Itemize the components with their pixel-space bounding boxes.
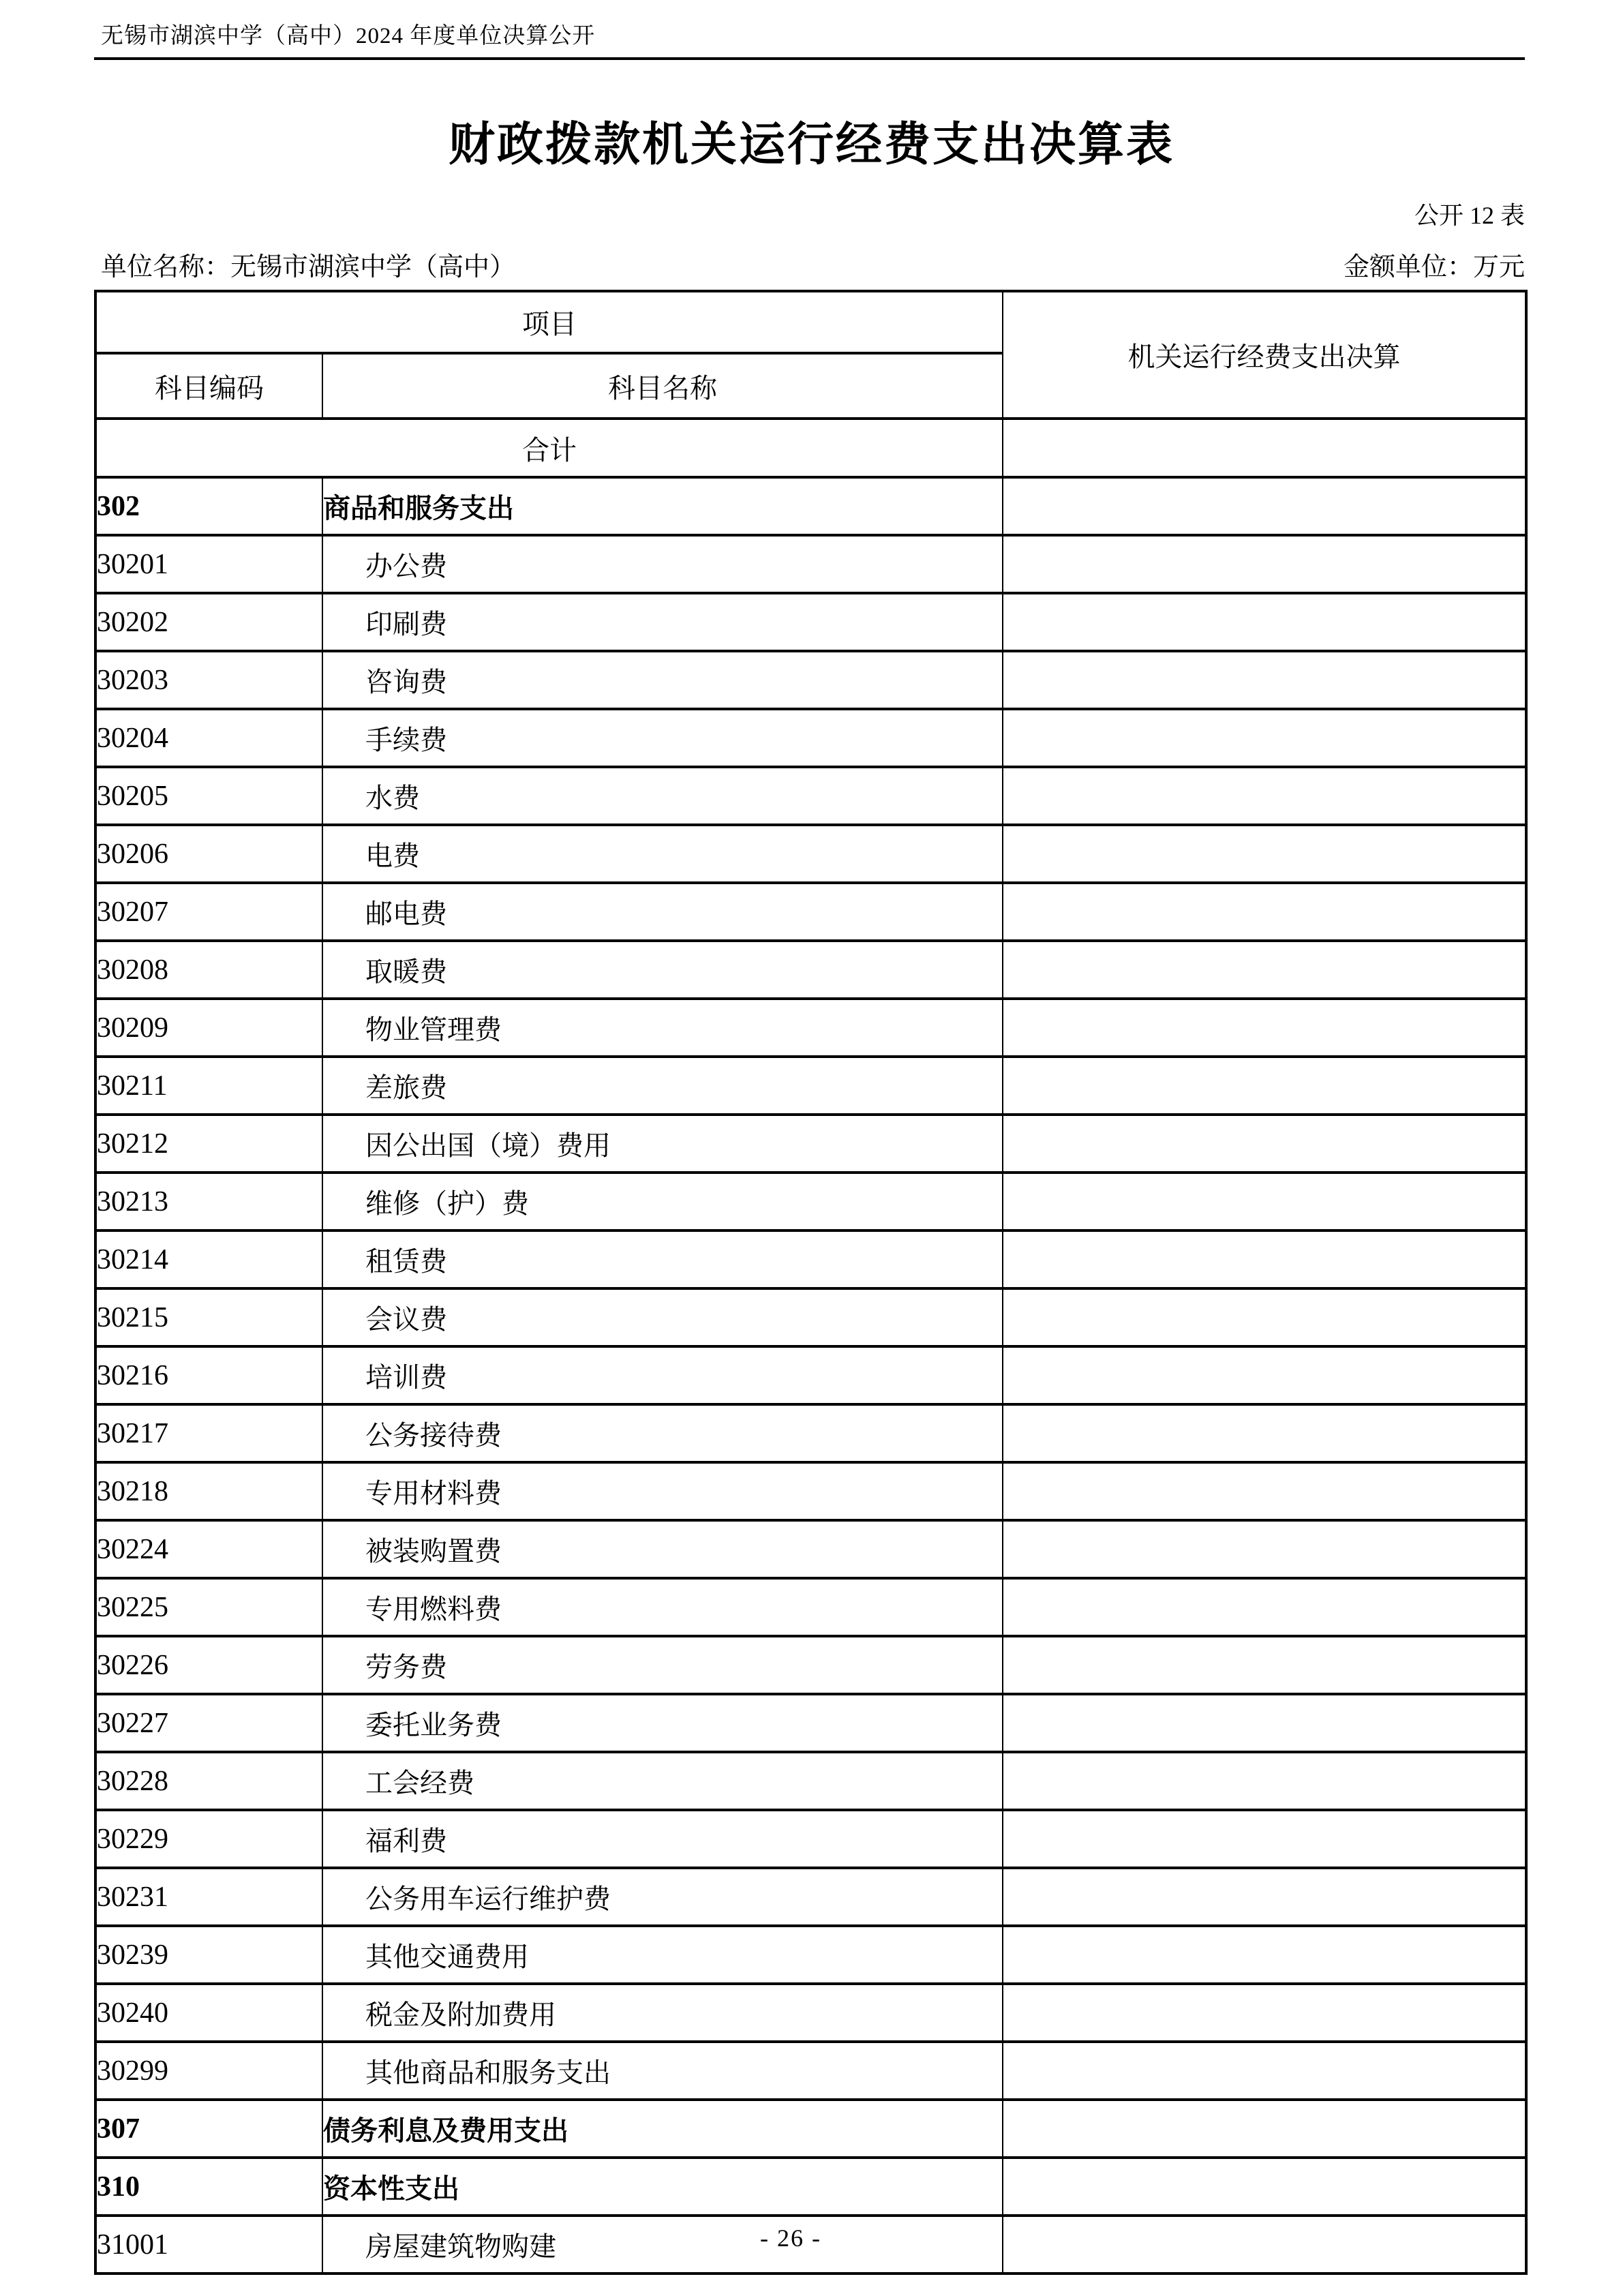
meta-row: 单位名称：无锡市湖滨中学（高中） 金额单位：万元 [101,245,1525,283]
subject-name-cell: 电费 [322,825,1003,883]
table-row: 30224 被装购置费 [95,1520,1526,1578]
subject-name-cell: 差旅费 [322,1057,1003,1115]
subject-code-cell: 30225 [95,1578,322,1636]
table-row: 30203 咨询费 [95,651,1526,709]
document-page: 无锡市湖滨中学（高中）2024 年度单位决算公开 财政拨款机关运行经费支出决算表… [0,0,1623,2296]
value-cell [1003,1404,1526,1462]
value-cell [1003,1288,1526,1346]
table-header-row-1: 项目 机关运行经费支出决算 [95,291,1526,353]
table-row: 30208 取暖费 [95,941,1526,999]
table-row: 302 商品和服务支出 [95,477,1526,535]
value-cell [1003,1462,1526,1520]
value-cell [1003,1810,1526,1868]
header-value-column: 机关运行经费支出决算 [1003,291,1526,419]
value-cell [1003,1868,1526,1926]
table-row: 30218 专用材料费 [95,1462,1526,1520]
subject-name-cell: 印刷费 [322,593,1003,651]
subject-name-cell: 水费 [322,767,1003,825]
table-row: 30229 福利费 [95,1810,1526,1868]
subject-name-cell: 物业管理费 [322,999,1003,1057]
value-cell [1003,2158,1526,2216]
subject-name-cell: 商品和服务支出 [322,477,1003,535]
subject-code-cell: 30212 [95,1115,322,1173]
header-subject-name: 科目名称 [322,353,1003,419]
table-row: 30205 水费 [95,767,1526,825]
value-cell [1003,1578,1526,1636]
table-row: 30227 委托业务费 [95,1694,1526,1752]
subject-code-cell: 30206 [95,825,322,883]
expense-table: 项目 机关运行经费支出决算 科目编码 科目名称 合计 302 商品和服务支出 3… [94,290,1528,2275]
table-row: 30216 培训费 [95,1346,1526,1404]
subject-code-cell: 30231 [95,1868,322,1926]
table-row: 30217 公务接待费 [95,1404,1526,1462]
table-row: 30211 差旅费 [95,1057,1526,1115]
value-cell [1003,1984,1526,2042]
value-cell [1003,1752,1526,1810]
table-row: 30225 专用燃料费 [95,1578,1526,1636]
subject-code-cell: 30218 [95,1462,322,1520]
table-row: 30201 办公费 [95,535,1526,593]
table-row: 30231 公务用车运行维护费 [95,1868,1526,1926]
subject-name-cell: 其他商品和服务支出 [322,2042,1003,2100]
subject-code-cell: 307 [95,2100,322,2158]
subject-name-cell: 劳务费 [322,1636,1003,1694]
unit-name-label: 单位名称：无锡市湖滨中学（高中） [101,245,515,283]
table-row: 310 资本性支出 [95,2158,1526,2216]
value-cell [1003,1926,1526,1984]
total-value [1003,419,1526,477]
value-cell [1003,1520,1526,1578]
subject-name-cell: 取暖费 [322,941,1003,999]
subject-code-cell: 30213 [95,1173,322,1230]
subject-name-cell: 其他交通费用 [322,1926,1003,1984]
total-label: 合计 [95,419,1003,477]
subject-name-cell: 税金及附加费用 [322,1984,1003,2042]
table-row: 30239 其他交通费用 [95,1926,1526,1984]
subject-code-cell: 30226 [95,1636,322,1694]
subject-code-cell: 30224 [95,1520,322,1578]
value-cell [1003,1173,1526,1230]
subject-code-cell: 30240 [95,1984,322,2042]
subject-code-cell: 30239 [95,1926,322,1984]
subject-code-cell: 30228 [95,1752,322,1810]
table-row: 30206 电费 [95,825,1526,883]
subject-name-cell: 租赁费 [322,1230,1003,1288]
value-cell [1003,593,1526,651]
value-cell [1003,999,1526,1057]
subject-name-cell: 专用燃料费 [322,1578,1003,1636]
table-row: 30209 物业管理费 [95,999,1526,1057]
subject-name-cell: 维修（护）费 [322,1173,1003,1230]
subject-code-cell: 30211 [95,1057,322,1115]
table-row: 30212 因公出国（境）费用 [95,1115,1526,1173]
subject-code-cell: 30215 [95,1288,322,1346]
subject-name-cell: 手续费 [322,709,1003,767]
subject-name-cell: 办公费 [322,535,1003,593]
header-subject-code: 科目编码 [95,353,322,419]
table-row: 30213 维修（护）费 [95,1173,1526,1230]
table-row: 30202 印刷费 [95,593,1526,651]
subject-name-cell: 培训费 [322,1346,1003,1404]
value-cell [1003,1694,1526,1752]
table-row: 30204 手续费 [95,709,1526,767]
value-cell [1003,1115,1526,1173]
value-cell [1003,709,1526,767]
subject-name-cell: 福利费 [322,1810,1003,1868]
subject-code-cell: 30209 [95,999,322,1057]
header-rule [94,57,1525,60]
value-cell [1003,825,1526,883]
subject-name-cell: 公务接待费 [322,1404,1003,1462]
subject-code-cell: 30214 [95,1230,322,1288]
total-row: 合计 [95,419,1526,477]
header-project: 项目 [95,291,1003,353]
subject-name-cell: 会议费 [322,1288,1003,1346]
value-cell [1003,1346,1526,1404]
value-cell [1003,2100,1526,2158]
value-cell [1003,941,1526,999]
subject-code-cell: 30203 [95,651,322,709]
subject-code-cell: 30201 [95,535,322,593]
subject-code-cell: 302 [95,477,322,535]
subject-name-cell: 咨询费 [322,651,1003,709]
table-row: 30207 邮电费 [95,883,1526,941]
table-row: 30226 劳务费 [95,1636,1526,1694]
value-cell [1003,767,1526,825]
value-cell [1003,477,1526,535]
amount-unit-label: 金额单位：万元 [1344,245,1525,283]
subject-code-cell: 310 [95,2158,322,2216]
subject-name-cell: 专用材料费 [322,1462,1003,1520]
subject-code-cell: 30204 [95,709,322,767]
table-row: 30215 会议费 [95,1288,1526,1346]
page-title: 财政拨款机关运行经费支出决算表 [0,108,1623,174]
table-row: 30214 租赁费 [95,1230,1526,1288]
table-row: 30228 工会经费 [95,1752,1526,1810]
value-cell [1003,2042,1526,2100]
subject-name-cell: 因公出国（境）费用 [322,1115,1003,1173]
table-row: 30240 税金及附加费用 [95,1984,1526,2042]
value-cell [1003,1230,1526,1288]
subject-code-cell: 30207 [95,883,322,941]
table-row: 30299 其他商品和服务支出 [95,2042,1526,2100]
value-cell [1003,1057,1526,1115]
page-number: - 26 - [0,2224,1581,2252]
table-row: 307 债务利息及费用支出 [95,2100,1526,2158]
subject-name-cell: 被装购置费 [322,1520,1003,1578]
subject-name-cell: 委托业务费 [322,1694,1003,1752]
subject-name-cell: 邮电费 [322,883,1003,941]
subject-code-cell: 30202 [95,593,322,651]
subject-name-cell: 公务用车运行维护费 [322,1868,1003,1926]
subject-code-cell: 30227 [95,1694,322,1752]
subject-name-cell: 资本性支出 [322,2158,1003,2216]
subject-code-cell: 30217 [95,1404,322,1462]
table-note: 公开 12 表 [1414,196,1525,231]
subject-name-cell: 工会经费 [322,1752,1003,1810]
doc-header-text: 无锡市湖滨中学（高中）2024 年度单位决算公开 [101,22,595,50]
value-cell [1003,651,1526,709]
value-cell [1003,535,1526,593]
value-cell [1003,883,1526,941]
subject-code-cell: 30205 [95,767,322,825]
subject-code-cell: 30229 [95,1810,322,1868]
subject-name-cell: 债务利息及费用支出 [322,2100,1003,2158]
subject-code-cell: 30208 [95,941,322,999]
subject-code-cell: 30216 [95,1346,322,1404]
subject-code-cell: 30299 [95,2042,322,2100]
value-cell [1003,1636,1526,1694]
